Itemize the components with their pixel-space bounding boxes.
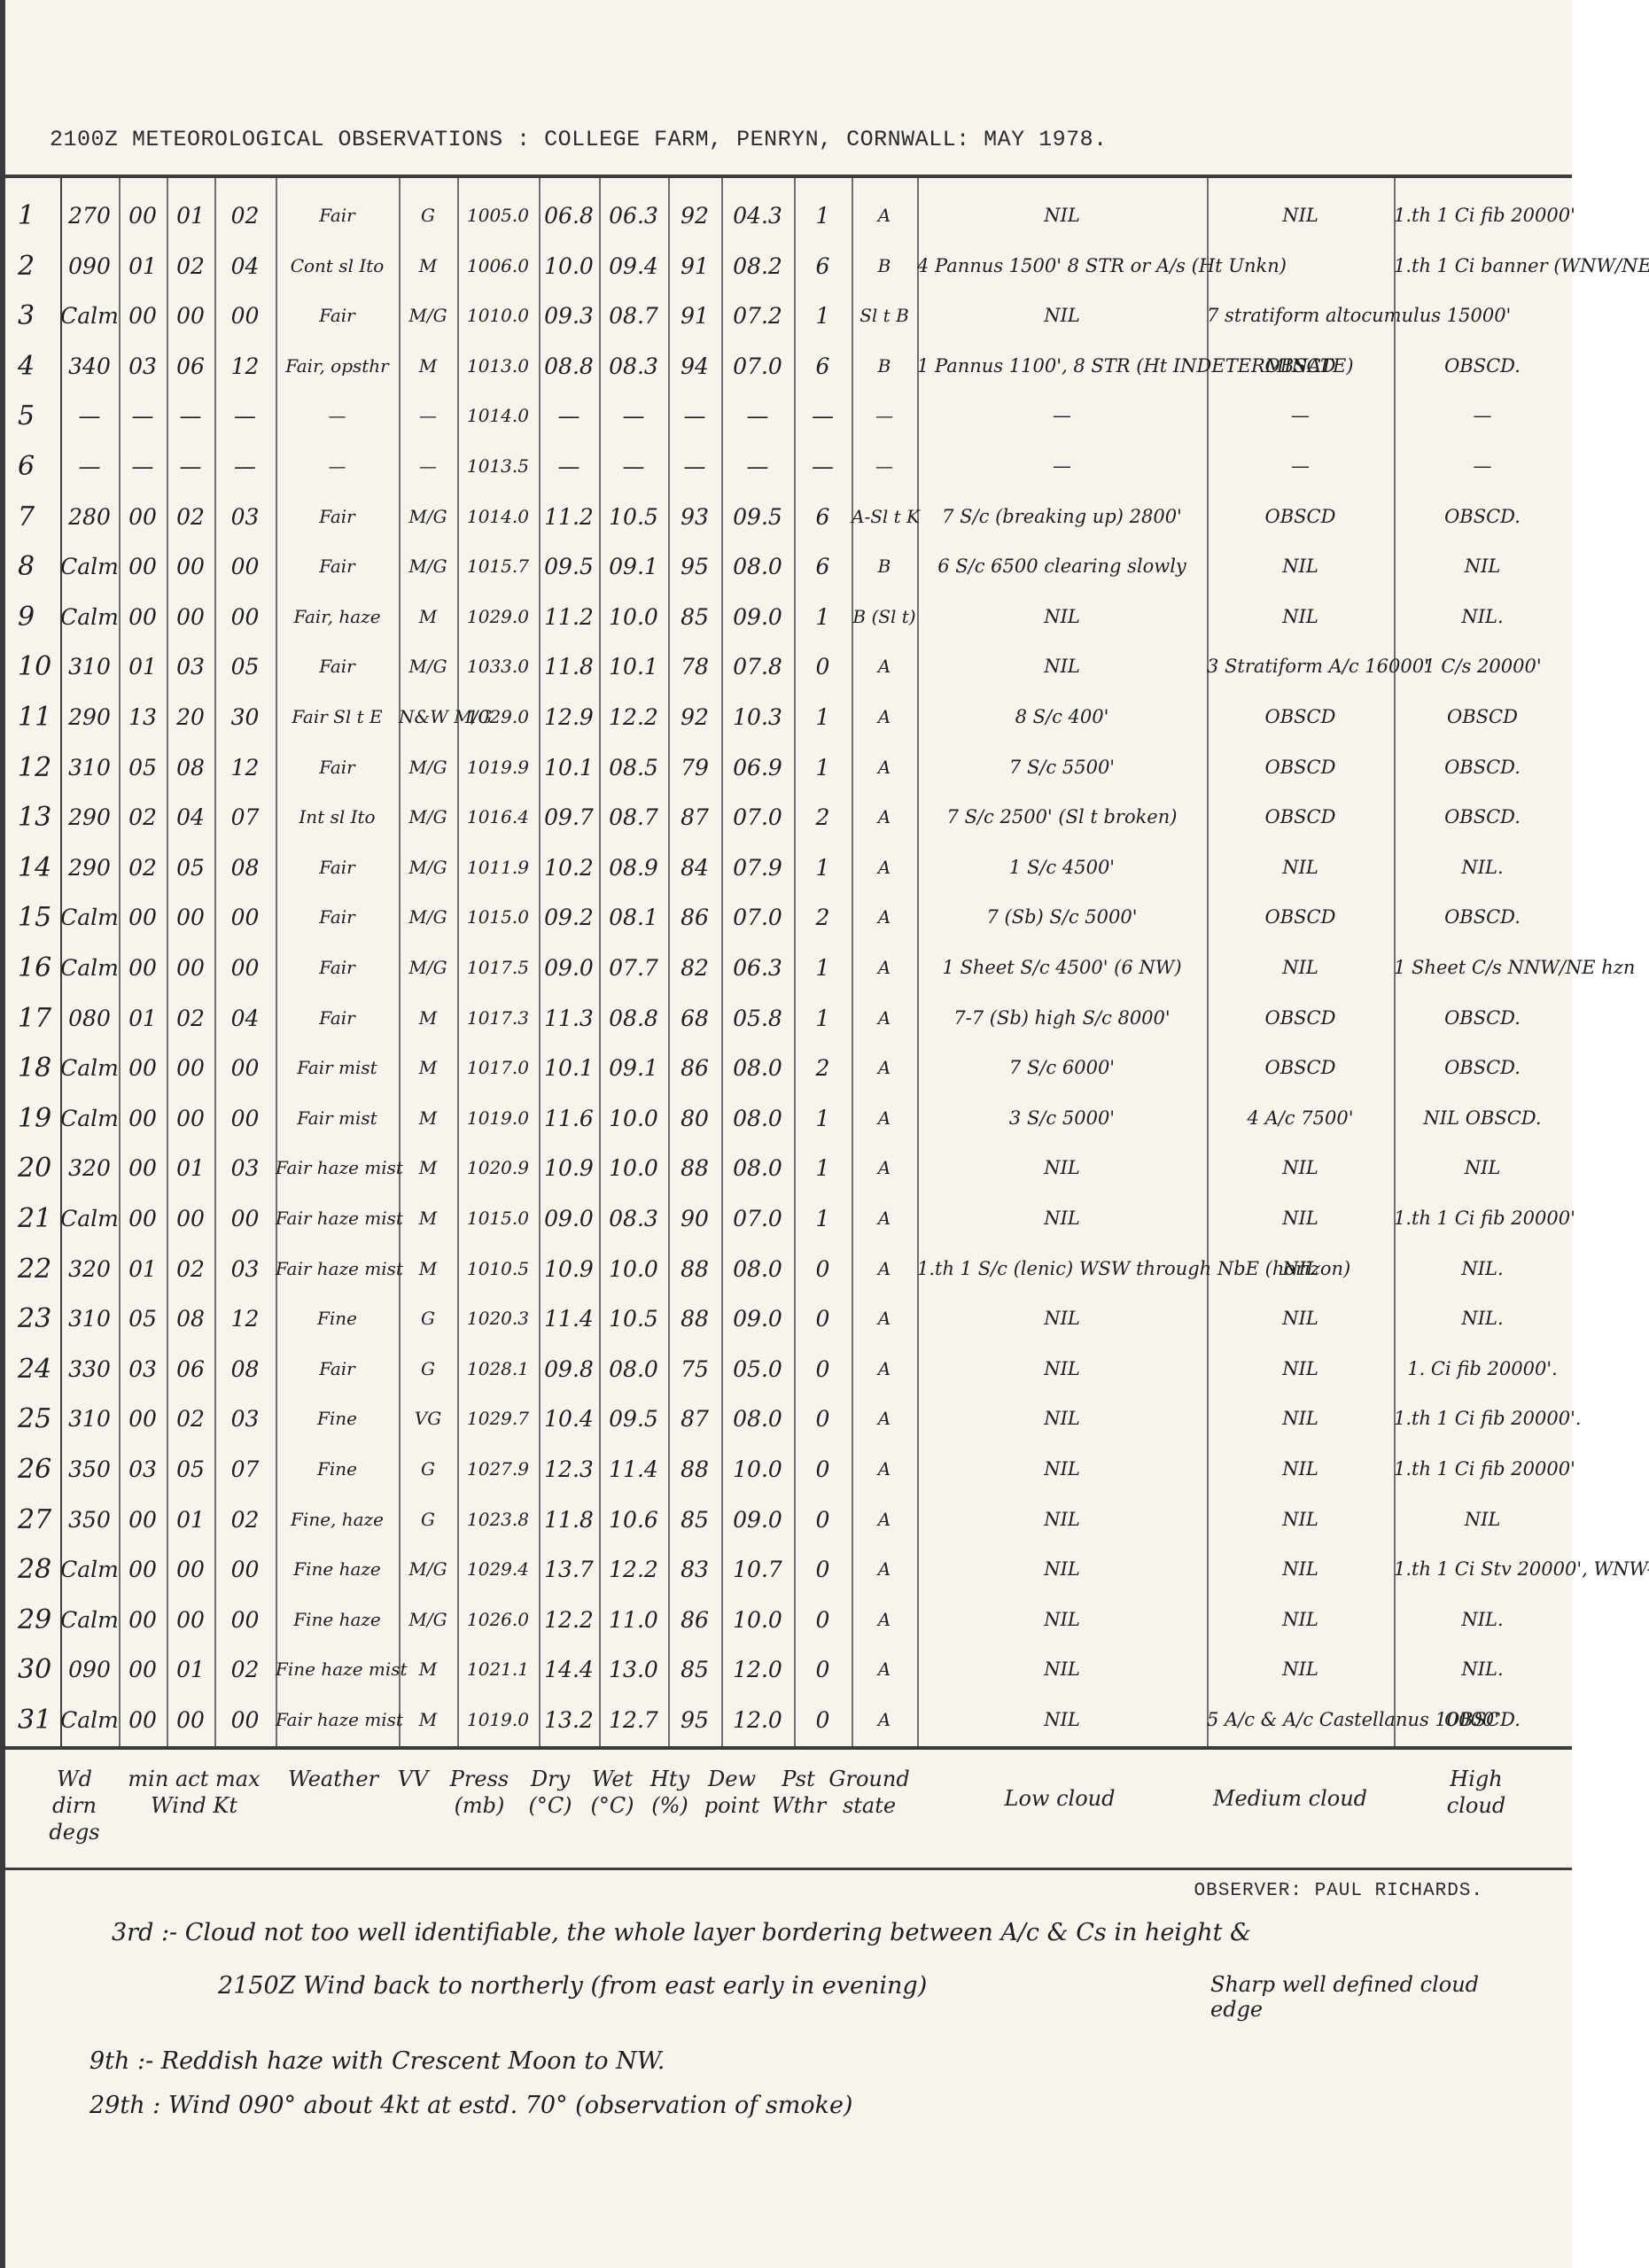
observer-name: OBSERVER: PAUL RICHARDS. [1194,1881,1483,1901]
cell-max: 04 [214,241,276,291]
cell-max: 00 [214,1193,276,1244]
cell-medium: NIL [1207,943,1394,993]
cell-pst: 0 [794,1544,852,1595]
table-row: 2090010204Cont sl ItoM1006.010.009.49108… [5,241,1572,291]
cell-ground: A [852,692,917,742]
cell-hty: 94 [668,341,721,392]
cell-hty: 88 [668,1143,721,1193]
cell-max: 00 [214,1043,276,1093]
cell-weather: Fair [276,993,399,1044]
cell-wd: 290 [60,692,119,742]
cell-wd: — [60,391,119,441]
cell-hty: 93 [668,492,721,542]
cell-dew: 08.0 [721,1043,794,1093]
cell-wd: 290 [60,843,119,893]
cell-low: 1 Pannus 1100', 8 STR (Ht INDETERMINATE) [917,341,1207,392]
cell-wd: Calm [60,1595,119,1645]
cell-max: 00 [214,1093,276,1144]
cell-wet: 06.3 [599,190,668,241]
cell-wd: 310 [60,742,119,793]
cell-wd: 090 [60,241,119,291]
cell-pst: 0 [794,1293,852,1344]
cell-weather: Fine [276,1394,399,1444]
cell-hty: — [668,441,721,492]
table-row: 15Calm000000FairM/G1015.009.208.18607.02… [5,892,1572,943]
cell-vv: N&W M/G [399,692,457,742]
cell-low: NIL [917,1544,1207,1595]
cell-press: 1010.5 [457,1244,539,1294]
cell-vv: M/G [399,641,457,692]
cell-low: NIL [917,291,1207,341]
table-row: 29Calm000000Fine hazeM/G1026.012.211.086… [5,1595,1572,1645]
legend-wind-speed: min act max Wind Kt [119,1766,269,1819]
cell-wet: 09.1 [599,1043,668,1093]
cell-vv: G [399,1444,457,1495]
observations-table: 1270000102FairG1005.006.806.39204.31ANIL… [5,178,1572,1746]
cell-wd: 080 [60,993,119,1044]
cell-vv: M [399,1093,457,1144]
cell-hty: 91 [668,241,721,291]
cell-pst: 2 [794,1043,852,1093]
cell-press: 1019.9 [457,742,539,793]
cell-medium: NIL [1207,541,1394,592]
cell-high: 1.th 1 Ci Stv 20000', WNW-NbE hzns [1394,1544,1571,1595]
cell-hty: 85 [668,1495,721,1545]
cell-high: OBSCD. [1394,742,1571,793]
cell-hty: 86 [668,1595,721,1645]
remark-9th: 9th :- Reddish haze with Crescent Moon t… [89,2047,665,2075]
cell-low: 8 S/c 400' [917,692,1207,742]
cell-weather: Fair mist [276,1093,399,1144]
cell-vv: G [399,190,457,241]
cell-pst: 6 [794,541,852,592]
cell-medium: NIL [1207,592,1394,642]
cell-high: 1. Ci fib 20000'. [1394,1344,1571,1394]
cell-high: — [1394,441,1571,492]
cell-vv: M/G [399,1595,457,1645]
table-row: 9Calm000000Fair, hazeM1029.011.210.08509… [5,592,1572,642]
cell-pst: 1 [794,692,852,742]
cell-max: 08 [214,843,276,893]
legend-low-cloud: Low cloud [980,1785,1140,1812]
cell-wet: 10.0 [599,1143,668,1193]
cell-vv: G [399,1344,457,1394]
cell-vv: M [399,1143,457,1193]
cell-weather: Fine, haze [276,1495,399,1545]
cell-vv: M/G [399,742,457,793]
cell-weather: Fair mist [276,1043,399,1093]
cell-pst: 1 [794,1143,852,1193]
cell-high: — [1394,391,1571,441]
cell-dry: 09.3 [539,291,599,341]
cell-wet: 08.1 [599,892,668,943]
cell-dew: 07.2 [721,291,794,341]
cell-max: 00 [214,943,276,993]
cell-wd: — [60,441,119,492]
cell-act: 01 [167,190,214,241]
cell-press: 1017.3 [457,993,539,1044]
cell-wet: 08.3 [599,1193,668,1244]
cell-dew: 08.0 [721,1244,794,1294]
cell-press: 1014.0 [457,391,539,441]
cell-vv: M [399,1244,457,1294]
table-row: 17080010204FairM1017.311.308.86805.81A7-… [5,993,1572,1044]
cell-min: 05 [119,742,167,793]
cell-high: NIL. [1394,1244,1571,1294]
cell-hty: 85 [668,1644,721,1695]
cell-wd: 340 [60,341,119,392]
page-title: 2100Z METEOROLOGICAL OBSERVATIONS : COLL… [50,127,1108,152]
cell-wet: 09.4 [599,241,668,291]
cell-wd: 280 [60,492,119,542]
cell-max: 07 [214,1444,276,1495]
cell-dew: 08.0 [721,541,794,592]
table-row: 26350030507FineG1027.912.311.48810.00ANI… [5,1444,1572,1495]
cell-dry: 10.0 [539,241,599,291]
cell-high: 1.th 1 Ci fib 20000' [1394,1193,1571,1244]
cell-pst: 1 [794,1193,852,1244]
cell-act: 00 [167,1544,214,1595]
cell-dry: 11.8 [539,1495,599,1545]
cell-ground: A [852,1093,917,1144]
cell-dry: 11.3 [539,993,599,1044]
cell-low: NIL [917,1595,1207,1645]
cell-dry: — [539,441,599,492]
cell-weather: Fine haze [276,1595,399,1645]
cell-act: 08 [167,742,214,793]
cell-press: 1017.0 [457,1043,539,1093]
cell-act: 06 [167,341,214,392]
cell-dew: 10.0 [721,1595,794,1645]
cell-high: NIL [1394,541,1571,592]
cell-press: 1020.3 [457,1293,539,1344]
cell-wd: 270 [60,190,119,241]
cell-high: NIL. [1394,1595,1571,1645]
cell-pst: 2 [794,792,852,843]
cell-min: 00 [119,943,167,993]
cell-wet: 09.5 [599,1394,668,1444]
cell-min: 00 [119,190,167,241]
cell-vv: M/G [399,943,457,993]
column-legend: Wd dirn degs min act max Wind Kt Weather… [5,1750,1572,1868]
cell-max: 03 [214,1394,276,1444]
cell-high [1394,291,1571,341]
cell-ground: A [852,1244,917,1294]
cell-hty: 95 [668,541,721,592]
cell-wd: 350 [60,1444,119,1495]
cell-wet: 08.0 [599,1344,668,1394]
cell-max: 00 [214,592,276,642]
cell-vv: M [399,1695,457,1745]
cell-wd: Calm [60,1695,119,1745]
cell-ground: A [852,1644,917,1695]
cell-min: 00 [119,291,167,341]
cell-wet: 08.9 [599,843,668,893]
cell-wd: Calm [60,1093,119,1144]
cell-press: 1029.7 [457,1394,539,1444]
cell-ground: A [852,1394,917,1444]
cell-max: 02 [214,1644,276,1695]
cell-hty: 92 [668,692,721,742]
cell-hty: — [668,391,721,441]
cell-high: NIL [1394,1143,1571,1193]
cell-weather: Fair [276,190,399,241]
cell-wet: 07.7 [599,943,668,993]
cell-dry: 10.9 [539,1244,599,1294]
cell-min: 02 [119,843,167,893]
table-row: 13290020407Int sl ItoM/G1016.409.708.787… [5,792,1572,843]
cell-high: OBSCD. [1394,892,1571,943]
remarks-section: OBSERVER: PAUL RICHARDS. 3rd :- Cloud no… [5,1870,1572,2163]
cell-max: — [214,391,276,441]
legend-medium-cloud: Medium cloud [1193,1785,1388,1812]
cell-wd: Calm [60,1193,119,1244]
cell-wet: 10.6 [599,1495,668,1545]
cell-low: 7 S/c 5500' [917,742,1207,793]
cell-medium: OBSCD [1207,1043,1394,1093]
cell-vv: M [399,1644,457,1695]
cell-weather: Fair, opsthr [276,341,399,392]
cell-high: OBSCD. [1394,792,1571,843]
cell-pst: 2 [794,892,852,943]
cell-hty: 88 [668,1444,721,1495]
cell-pst: 1 [794,291,852,341]
cell-wet: 08.5 [599,742,668,793]
cell-press: 1029.0 [457,692,539,742]
cell-press: 1013.0 [457,341,539,392]
cell-dry: 14.4 [539,1644,599,1695]
cell-wd: Calm [60,592,119,642]
cell-press: 1011.9 [457,843,539,893]
cell-high: 1.th 1 Ci fib 20000' [1394,190,1571,241]
cell-dry: 12.9 [539,692,599,742]
cell-vv: M [399,1043,457,1093]
cell-wet: 10.0 [599,1244,668,1294]
cell-weather: Fine haze [276,1544,399,1595]
cell-ground: A [852,993,917,1044]
cell-dew: 05.8 [721,993,794,1044]
cell-act: 00 [167,592,214,642]
cell-wd: 320 [60,1244,119,1294]
cell-hty: 68 [668,993,721,1044]
cell-dew: 08.0 [721,1394,794,1444]
cell-wet: 08.7 [599,291,668,341]
cell-dew: 05.0 [721,1344,794,1394]
cell-weather: Fair haze mist [276,1143,399,1193]
cell-weather: Int sl Ito [276,792,399,843]
cell-medium: OBSCD [1207,341,1394,392]
cell-act: 00 [167,541,214,592]
cell-weather: Fine [276,1293,399,1344]
table-row: 4340030612Fair, opsthrM1013.008.808.3940… [5,341,1572,392]
cell-medium: NIL [1207,1394,1394,1444]
remark-29th: 29th : Wind 090° about 4kt at estd. 70° … [89,2092,852,2119]
table-row: 18Calm000000Fair mistM1017.010.109.18608… [5,1043,1572,1093]
cell-high: OBSCD [1394,692,1571,742]
cell-hty: 87 [668,1394,721,1444]
cell-min: — [119,441,167,492]
cell-low: 1.th 1 S/c (lenic) WSW through NbE (hori… [917,1244,1207,1294]
cell-medium: NIL [1207,1143,1394,1193]
cell-max: 00 [214,291,276,341]
cell-press: 1015.0 [457,1193,539,1244]
cell-dew: 09.5 [721,492,794,542]
cell-act: 05 [167,1444,214,1495]
cell-dry: 09.8 [539,1344,599,1394]
cell-low: NIL [917,190,1207,241]
cell-dry: 11.2 [539,592,599,642]
cell-ground: A [852,1293,917,1344]
cell-min: 01 [119,1244,167,1294]
cell-ground: A [852,1544,917,1595]
cell-ground: B [852,341,917,392]
cell-press: 1013.5 [457,441,539,492]
cell-pst: 1 [794,190,852,241]
cell-high: 1 Sheet C/s NNW/NE hzn [1394,943,1571,993]
cell-dew: 07.9 [721,843,794,893]
cell-max: 12 [214,1293,276,1344]
legend-past-weather: Pst Wthr [772,1766,825,1819]
cell-wet: 10.0 [599,1093,668,1144]
cell-press: 1020.9 [457,1143,539,1193]
cell-high: NIL OBSCD. [1394,1093,1571,1144]
cell-low: 1 Sheet S/c 4500' (6 NW) [917,943,1207,993]
cell-dew: 09.0 [721,1293,794,1344]
cell-min: — [119,391,167,441]
cell-press: 1019.0 [457,1695,539,1745]
cell-pst: 0 [794,1595,852,1645]
cell-wet: 12.7 [599,1695,668,1745]
cell-press: 1029.4 [457,1544,539,1595]
cell-low: 7 S/c 6000' [917,1043,1207,1093]
table-row: 22320010203Fair haze mistM1010.510.910.0… [5,1244,1572,1294]
cell-wd: 320 [60,1143,119,1193]
cell-low: 1 S/c 4500' [917,843,1207,893]
cell-pst: 1 [794,993,852,1044]
cell-ground: B [852,541,917,592]
cell-high: 1.th 1 Ci banner (WNW/NE) OBSCD [1394,241,1571,291]
cell-vv: M [399,592,457,642]
table-row: 5——————1014.0————————— [5,391,1572,441]
cell-max: 04 [214,993,276,1044]
legend-humidity: Hty (%) [648,1766,692,1819]
cell-max: 00 [214,1544,276,1595]
table-row: 23310050812FineG1020.311.410.58809.00ANI… [5,1293,1572,1344]
cell-ground: A [852,641,917,692]
cell-medium: OBSCD [1207,492,1394,542]
cell-medium: OBSCD [1207,892,1394,943]
cell-wd: Calm [60,892,119,943]
cell-vv: M/G [399,792,457,843]
cell-hty: 84 [668,843,721,893]
cell-vv: VG [399,1394,457,1444]
cell-act: — [167,391,214,441]
legend-wind-direction: Wd dirn degs [48,1766,101,1845]
cell-ground: — [852,441,917,492]
cell-min: 01 [119,641,167,692]
table-row: 24330030608FairG1028.109.808.07505.00ANI… [5,1344,1572,1394]
cell-dry: 09.5 [539,541,599,592]
cell-dew: 07.0 [721,792,794,843]
cell-wd: Calm [60,541,119,592]
cell-vv: M/G [399,291,457,341]
cell-min: 00 [119,592,167,642]
cell-wet: 09.1 [599,541,668,592]
cell-medium: — [1207,441,1394,492]
cell-press: 1026.0 [457,1595,539,1645]
cell-press: 1015.0 [457,892,539,943]
cell-dew: — [721,441,794,492]
cell-hty: 95 [668,1695,721,1745]
cell-weather: Fair haze mist [276,1193,399,1244]
table-row: 28Calm000000Fine hazeM/G1029.413.712.283… [5,1544,1572,1595]
cell-max: 00 [214,892,276,943]
cell-wd: Calm [60,1043,119,1093]
cell-low: NIL [917,1344,1207,1394]
cell-act: 02 [167,993,214,1044]
cell-dry: 09.2 [539,892,599,943]
cell-low: NIL [917,1143,1207,1193]
cell-min: 01 [119,993,167,1044]
cell-act: 00 [167,1043,214,1093]
cell-press: 1023.8 [457,1495,539,1545]
cell-low: 6 S/c 6500 clearing slowly [917,541,1207,592]
cell-max: 03 [214,1244,276,1294]
cell-min: 00 [119,1644,167,1695]
cell-ground: A [852,1444,917,1495]
cell-act: 04 [167,792,214,843]
cell-medium: NIL [1207,190,1394,241]
cell-min: 03 [119,341,167,392]
legend-dew-point: Dew point [701,1766,763,1819]
cell-min: 00 [119,1394,167,1444]
cell-dew: 10.0 [721,1444,794,1495]
cell-weather: Fair haze mist [276,1695,399,1745]
cell-low: NIL [917,1695,1207,1745]
cell-ground: A [852,1143,917,1193]
cell-weather: Fair [276,892,399,943]
cell-ground: B [852,241,917,291]
cell-vv: M [399,241,457,291]
cell-low: NIL [917,1193,1207,1244]
cell-min: 00 [119,1595,167,1645]
cell-high: 1.th 1 Ci fib 20000' [1394,1444,1571,1495]
cell-medium: NIL [1207,1244,1394,1294]
cell-dew: 07.0 [721,341,794,392]
remark-3rd-line-2: 2150Z Wind back to northerly (from east … [218,1972,927,2000]
cell-wd: 350 [60,1495,119,1545]
cell-dew: 12.0 [721,1695,794,1745]
cell-weather: Fair [276,1344,399,1394]
cell-medium: NIL [1207,1544,1394,1595]
cell-pst: 1 [794,742,852,793]
cell-wet: — [599,391,668,441]
cell-min: 00 [119,492,167,542]
table-row: 10310010305FairM/G1033.011.810.17807.80A… [5,641,1572,692]
legend-pressure: Press (mb) [448,1766,510,1819]
cell-press: 1006.0 [457,241,539,291]
cell-act: 00 [167,1193,214,1244]
cell-medium: NIL [1207,1444,1394,1495]
cell-hty: 86 [668,1043,721,1093]
cell-press: 1016.4 [457,792,539,843]
cell-wet: 11.0 [599,1595,668,1645]
cell-vv: M/G [399,541,457,592]
cell-hty: 75 [668,1344,721,1394]
cell-min: 02 [119,792,167,843]
cell-max: 08 [214,1344,276,1394]
remark-3rd-line-3: Sharp well defined cloud edge [1210,1972,1503,2022]
